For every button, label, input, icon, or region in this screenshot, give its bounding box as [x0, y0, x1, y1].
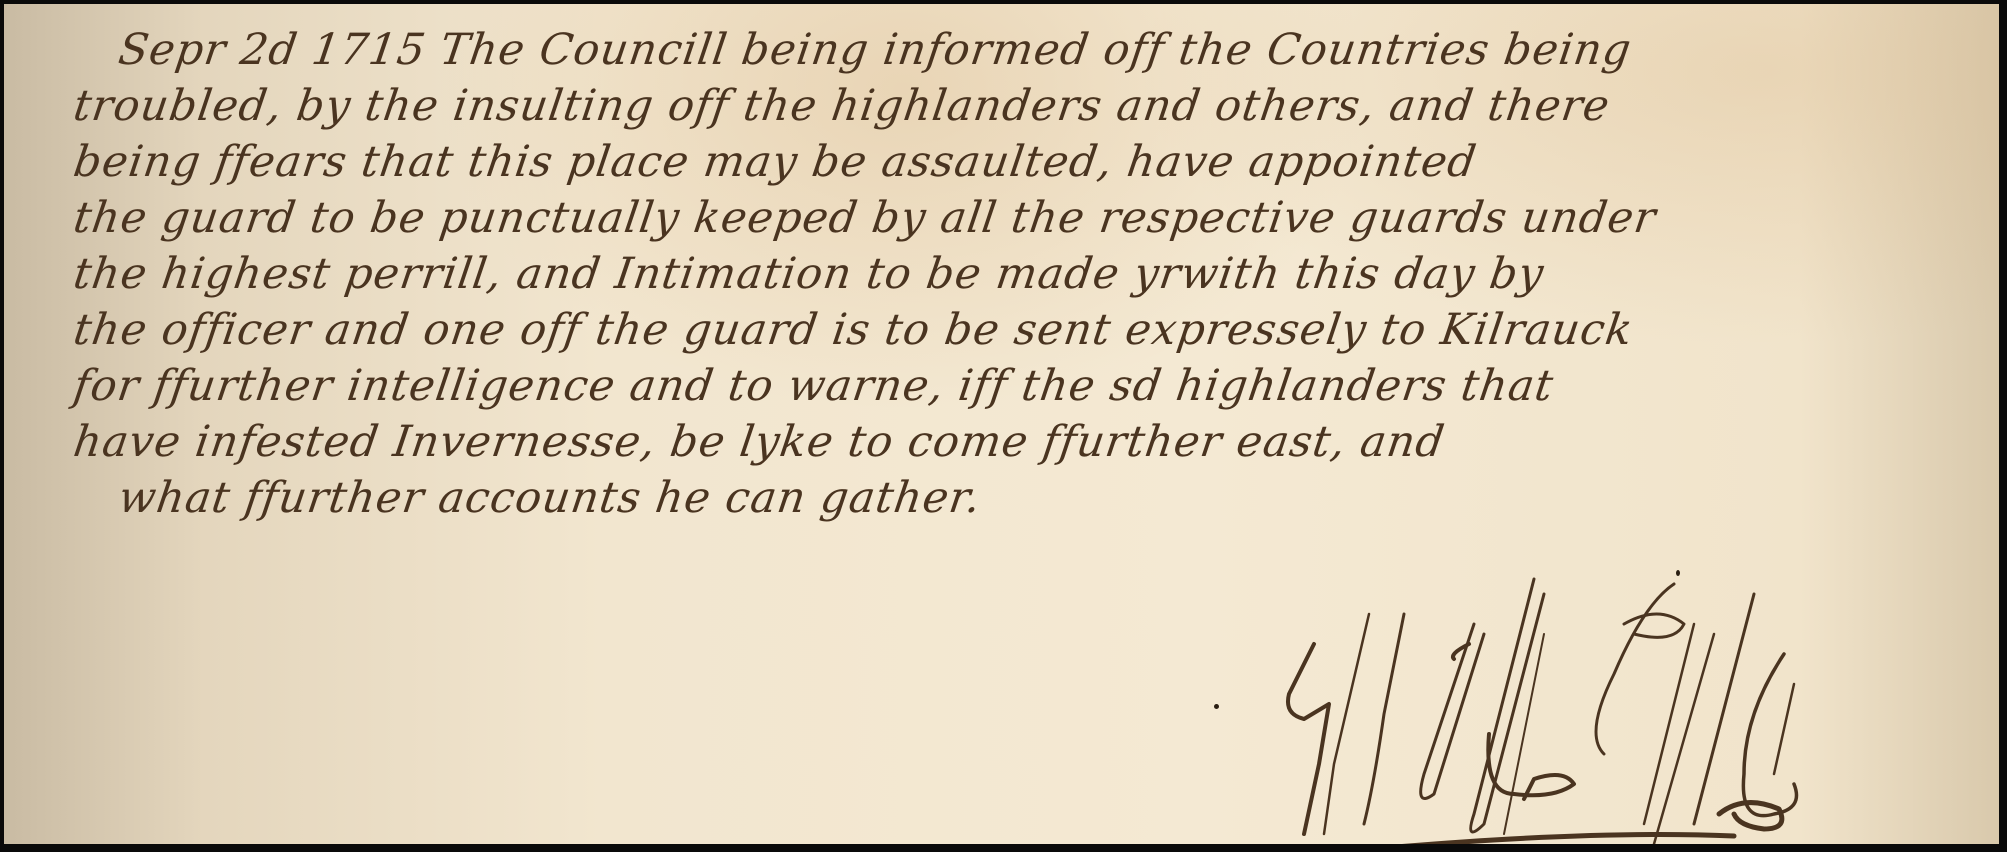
manuscript-text: Sepr 2d 1715 The Councill being informed…	[74, 22, 1954, 526]
text-line: troubled, by the insulting off the highl…	[70, 78, 1958, 134]
text-line: the officer and one off the guard is to …	[70, 302, 1958, 358]
ink-speck	[1214, 704, 1219, 709]
text-line: Sepr 2d 1715 The Councill being informed…	[70, 22, 1958, 78]
text-line: the guard to be punctually keeped by all…	[70, 190, 1958, 246]
text-line: have infested Invernesse, be lyke to com…	[70, 414, 1958, 470]
text-line: what ffurther accounts he can gather.	[70, 470, 1958, 526]
text-line: the highest perrill, and Intimation to b…	[70, 246, 1958, 302]
ink-speck	[1676, 570, 1680, 576]
signature	[1274, 564, 1994, 844]
manuscript-page: Sepr 2d 1715 The Councill being informed…	[4, 4, 1999, 844]
text-line: for ffurther intelligence and to warne, …	[70, 358, 1958, 414]
text-line: being ffears that this place may be assa…	[70, 134, 1958, 190]
image-frame: Sepr 2d 1715 The Councill being informed…	[4, 4, 1999, 844]
